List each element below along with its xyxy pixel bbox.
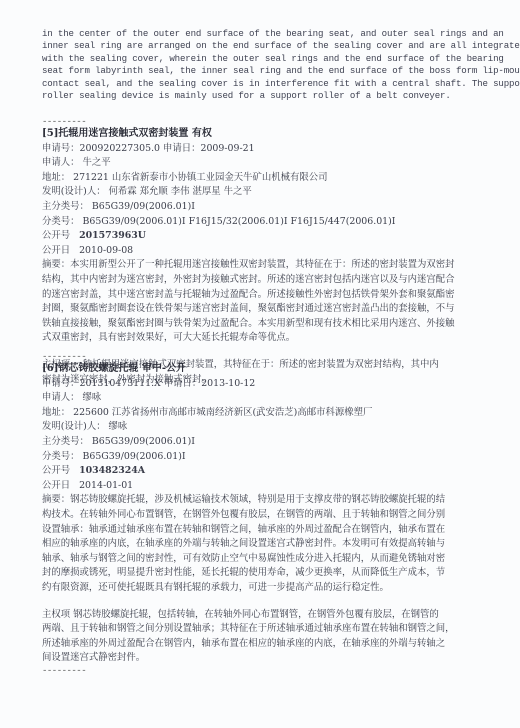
- inventors: 发明(设计)人： 何希霖 郑允顺 李伟 湛厚星 牛之平: [42, 185, 482, 200]
- publication-number-value: 103482324A: [79, 465, 145, 476]
- application-number: 申请号：200920227305.0 申请日：2009-09-21: [42, 142, 482, 157]
- claim-line: 所述轴承座的外周过盈配合在钢管内，轴承布置在相应的轴承座的内底，在轴承座的外端与…: [42, 637, 482, 652]
- address: 地址： 271221 山东省新泰市小协镇工业园金天牛矿山机械有限公司: [42, 171, 482, 186]
- abstract-line: 的迷宫密封盖，其中迷宫密封盖与托辊轴为过盈配合。所述接触性外密封包括铁骨架外套和…: [42, 288, 482, 303]
- main-classification: 主分类号： B65G39/09(2006.01)I: [42, 435, 482, 450]
- abstract-line: 轴承、轴承与钢管之间的密封性，可有效防止空气中易腐蚀性成分进入托辊内，从而避免锈…: [42, 552, 482, 567]
- publication-number-value: 201573963U: [79, 230, 146, 241]
- abstract-line: 构技术。在转轴外同心布置钢管，在钢管外包覆有胶层，在钢管的两端、且于转轴和钢管之…: [42, 508, 482, 523]
- claim-line: 两端、且于转轴和钢管之间分别设置轴承；其特征在于所述轴承通过轴承座布置在转轴和钢…: [42, 622, 482, 637]
- classification: 分类号： B65G39/09(2006.01)I: [42, 450, 482, 465]
- abstract-line: 约有限资源，还可使托辊既具有钢托辊的承载力，可进一步提高产品的运行稳定性。: [42, 581, 482, 596]
- english-abstract-line: with the sealing cover, wherein the oute…: [42, 53, 482, 65]
- publication-date: 公开日 2010-09-08: [42, 244, 482, 259]
- abstract-line: 相应的轴承座的内底，在轴承座的外端与转轴之间设置迷宫式静密封件。本发明可有效提高…: [42, 537, 482, 552]
- classification: 分类号： B65G39/09(2006.01)I F16J15/32(2006.…: [42, 215, 482, 230]
- publication-date-value: 2014-01-01: [79, 480, 133, 491]
- publication-date-label: 公开日: [42, 245, 70, 256]
- document-page: in the center of the outer end surface o…: [0, 0, 520, 728]
- abstract-line: 设置轴承：轴承通过轴承座布置在转轴和钢管之间，轴承座的外周过盈配合在钢管内，轴承…: [42, 523, 482, 538]
- abstract-line: 封圈，聚氨酯密封圈套设在铁骨架与迷宫密封盖间，聚氨酯密封通过迷宫密封盖凸出的套接…: [42, 302, 482, 317]
- inventors: 发明(设计)人： 缪咏: [42, 420, 482, 435]
- publication-date-value: 2010-09-08: [79, 245, 133, 256]
- english-abstract-line: seat form labyrinth seal, the inner seal…: [42, 65, 482, 77]
- record-title: [6]钢芯铸胶螺旋托辊 审中-公开: [42, 362, 482, 377]
- abstract-line: 摘要：本实用新型公开了一种托辊用迷宫接触性双密封装置，其特征在于：所述的密封装置…: [42, 258, 482, 273]
- english-abstract-line: contact seal, and the sealing cover is i…: [42, 78, 482, 90]
- address: 地址： 225600 江苏省扬州市高邮市城南经济新区(武安浩芝)高邮市科源橡塑厂: [42, 406, 482, 421]
- publication-date-label: 公开日: [42, 480, 70, 491]
- abstract: 摘要：钢芯铸胶螺旋托辊，涉及机械运输技术领域，特别是用于支撑皮带的钢芯铸胶螺旋托…: [42, 493, 482, 595]
- abstract: 摘要：本实用新型公开了一种托辊用迷宫接触性双密封装置，其特征在于：所述的密封装置…: [42, 258, 482, 346]
- english-abstract-line: roller sealing device is mainly used for…: [42, 90, 482, 102]
- abstract-line: 铁轴直接接触，聚氨酯密封圈与铁骨架为过盈配合。本实用新型和现有技术相比采用内迷宫…: [42, 317, 482, 332]
- claim-line: 主权项 钢芯铸胶螺旋托辊，包括转轴，在转轴外同心布置钢管，在钢管外包覆有胶层，在…: [42, 608, 482, 623]
- abstract-line: 式双重密封，具有密封效果好，可大大延长托辊寿命等优点。: [42, 331, 482, 346]
- english-abstract-line: in the center of the outer end surface o…: [42, 28, 482, 40]
- application-number: 申请号：201310473111.X 申请日：2013-10-12: [42, 377, 482, 392]
- english-abstract: in the center of the outer end surface o…: [42, 28, 482, 102]
- claim-line: 间设置迷宫式静密封件。: [42, 651, 482, 666]
- separator: ---------: [42, 352, 482, 362]
- english-abstract-line: inner seal ring are arranged on the end …: [42, 40, 482, 52]
- publication-number-label: 公开号: [42, 230, 70, 241]
- publication-number-label: 公开号: [42, 465, 70, 476]
- main-classification: 主分类号： B65G39/09(2006.01)I: [42, 200, 482, 215]
- applicant: 申请人： 缪咏: [42, 391, 482, 406]
- record-title: [5]托辊用迷宫接触式双密封装置 有权: [42, 127, 482, 142]
- patent-record-5: --------- [5]托辊用迷宫接触式双密封装置 有权 申请号：200920…: [42, 117, 482, 387]
- publication-number: 公开号 201573963U: [42, 229, 482, 244]
- publication-number: 公开号 103482324A: [42, 464, 482, 479]
- separator: ---------: [42, 666, 482, 676]
- main-claim: 主权项 钢芯铸胶螺旋托辊，包括转轴，在转轴外同心布置钢管，在钢管外包覆有胶层，在…: [42, 608, 482, 666]
- applicant: 申请人： 牛之平: [42, 156, 482, 171]
- patent-record-6: --------- [6]钢芯铸胶螺旋托辊 审中-公开 申请号：20131047…: [42, 352, 482, 676]
- abstract-line: 结构，其中内密封为迷宫密封，外密封为接触式密封。所述的迷宫密封包括内迷宫以及与内…: [42, 273, 482, 288]
- abstract-line: 封的摩损或锈死，明显提升密封性能，延长托辊的使用寿命，减少更换率，从而降低生产成…: [42, 566, 482, 581]
- abstract-line: 摘要：钢芯铸胶螺旋托辊，涉及机械运输技术领域，特别是用于支撑皮带的钢芯铸胶螺旋托…: [42, 493, 482, 508]
- separator: ---------: [42, 117, 482, 127]
- publication-date: 公开日 2014-01-01: [42, 479, 482, 494]
